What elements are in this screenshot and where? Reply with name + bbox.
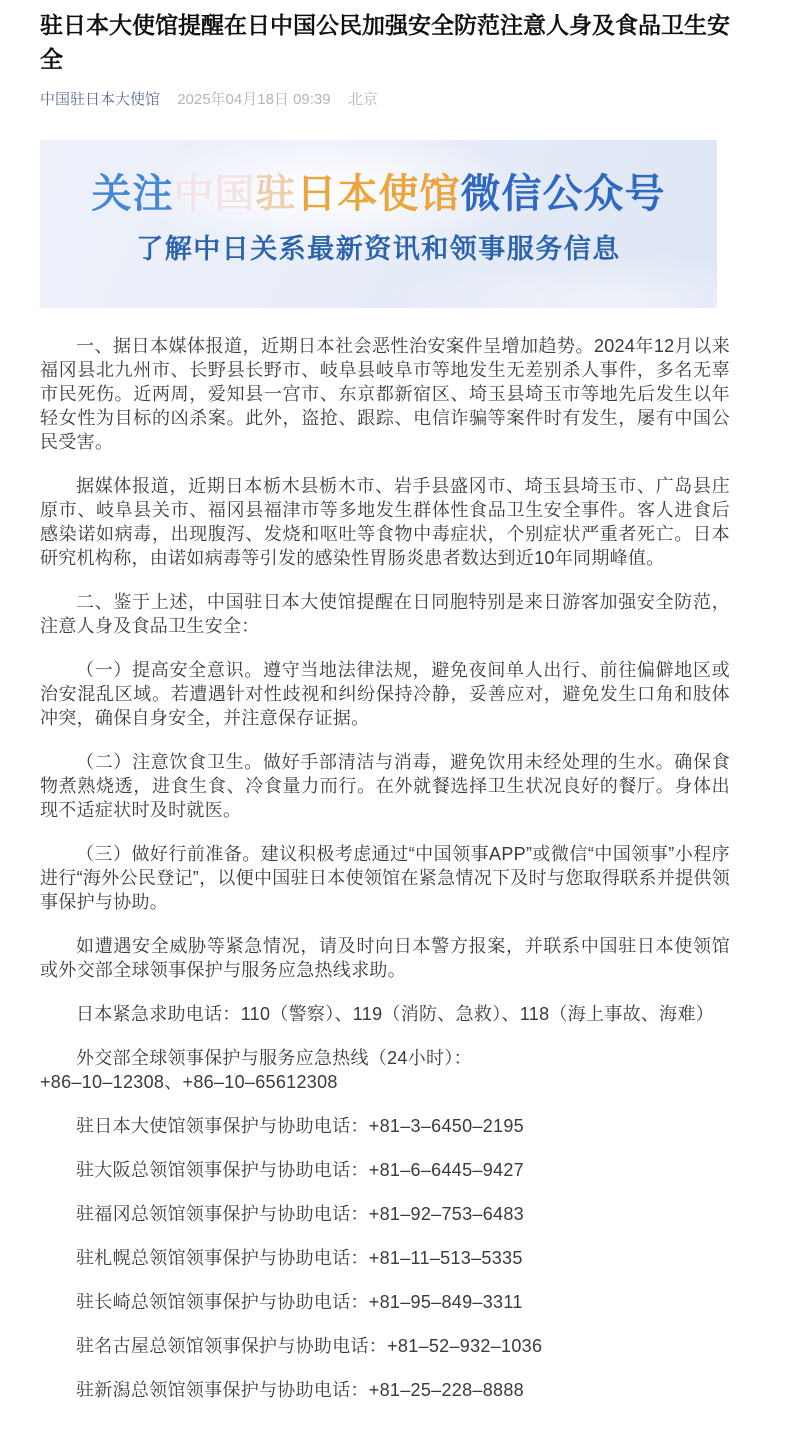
article-page: 驻日本大使馆提醒在日中国公民加强安全防范注意人身及食品卫生安全 中国驻日本大使馆… <box>0 0 810 1436</box>
paragraph-emergency-advice: 如遭遇安全威胁等紧急情况，请及时向日本警方报案，并联系中国驻日本使领馆或外交部全… <box>40 934 730 982</box>
page-title: 驻日本大使馆提醒在日中国公民加强安全防范注意人身及食品卫生安全 <box>40 8 730 76</box>
paragraph-phone-osaka: 驻大阪总领馆领事保护与协助电话：+81–6–6445–9427 <box>40 1158 730 1182</box>
paragraph-tip-2: （二）注意饮食卫生。做好手部清洁与消毒，避免饮用未经处理的生水。确保食物煮熟烧透… <box>40 750 730 822</box>
paragraph-phone-sapporo: 驻札幌总领馆领事保护与协助电话：+81–11–513–5335 <box>40 1246 730 1270</box>
banner-headline-ghost-text: 中国 <box>174 172 256 216</box>
paragraph-reminder-intro: 二、鉴于上述，中国驻日本大使馆提醒在日同胞特别是来日游客加强安全防范，注意人身及… <box>40 590 730 638</box>
paragraph-tip-1: （一）提高安全意识。遵守当地法律法规，避免夜间单人出行、前往偏僻地区或治安混乱区… <box>40 658 730 730</box>
banner-headline-wechat: 微信公众号 <box>461 172 666 216</box>
mfa-hotline-label: 外交部全球领事保护与服务应急热线（24小时）： <box>76 1048 472 1068</box>
banner-headline: 关注中国驻日本使馆微信公众号 <box>92 170 666 218</box>
paragraph-phone-niigata: 驻新潟总领馆领事保护与协助电话：+81–25–228–8888 <box>40 1378 730 1402</box>
paragraph-mfa-hotline: 外交部全球领事保护与服务应急热线（24小时）： +86–10–12308、+86… <box>40 1046 730 1094</box>
mfa-hotline-numbers: +86–10–12308、+86–10–65612308 <box>40 1072 338 1092</box>
banner-headline-embassy: 日本使馆 <box>297 172 461 216</box>
byline: 中国驻日本大使馆 2025年04月18日 09:39 北京 <box>40 89 730 110</box>
banner-headline-follow: 关注 <box>92 172 174 216</box>
banner-subtitle: 了解中日关系最新资讯和领事服务信息 <box>136 232 621 266</box>
paragraph-tip-3: （三）做好行前准备。建议积极考虑通过“中国领事APP”或微信“中国领事”小程序进… <box>40 842 730 914</box>
publish-location: 北京 <box>348 91 378 108</box>
paragraph-phone-nagoya: 驻名古屋总领馆领事保护与协助电话：+81–52–932–1036 <box>40 1334 730 1358</box>
paragraph-phone-embassy-japan: 驻日本大使馆领事保护与协助电话：+81–3–6450–2195 <box>40 1114 730 1138</box>
paragraph-phone-nagasaki: 驻长崎总领馆领事保护与协助电话：+81–95–849–3311 <box>40 1290 730 1314</box>
paragraph-phone-fukuoka: 驻福冈总领馆领事保护与协助电话：+81–92–753–6483 <box>40 1202 730 1226</box>
banner-headline-ghost-zhu: 驻 <box>256 172 297 216</box>
paragraph-food-safety: 据媒体报道，近期日本栃木县栃木市、岩手县盛冈市、埼玉县埼玉市、广岛县庄原市、岐阜… <box>40 474 730 570</box>
paragraph-japan-emergency-numbers: 日本紧急求助电话：110（警察）、119（消防、急救）、118（海上事故、海难） <box>40 1002 730 1026</box>
account-name-link[interactable]: 中国驻日本大使馆 <box>40 91 160 108</box>
paragraph-security-trend: 一、据日本媒体报道，近期日本社会恶性治安案件呈增加趋势。2024年12月以来福冈… <box>40 334 730 454</box>
banner-image[interactable]: 关注中国驻日本使馆微信公众号 了解中日关系最新资讯和领事服务信息 <box>40 140 717 308</box>
article-body: 一、据日本媒体报道，近期日本社会恶性治安案件呈增加趋势。2024年12月以来福冈… <box>40 334 730 1402</box>
publish-date: 2025年04月18日 09:39 <box>177 91 330 108</box>
